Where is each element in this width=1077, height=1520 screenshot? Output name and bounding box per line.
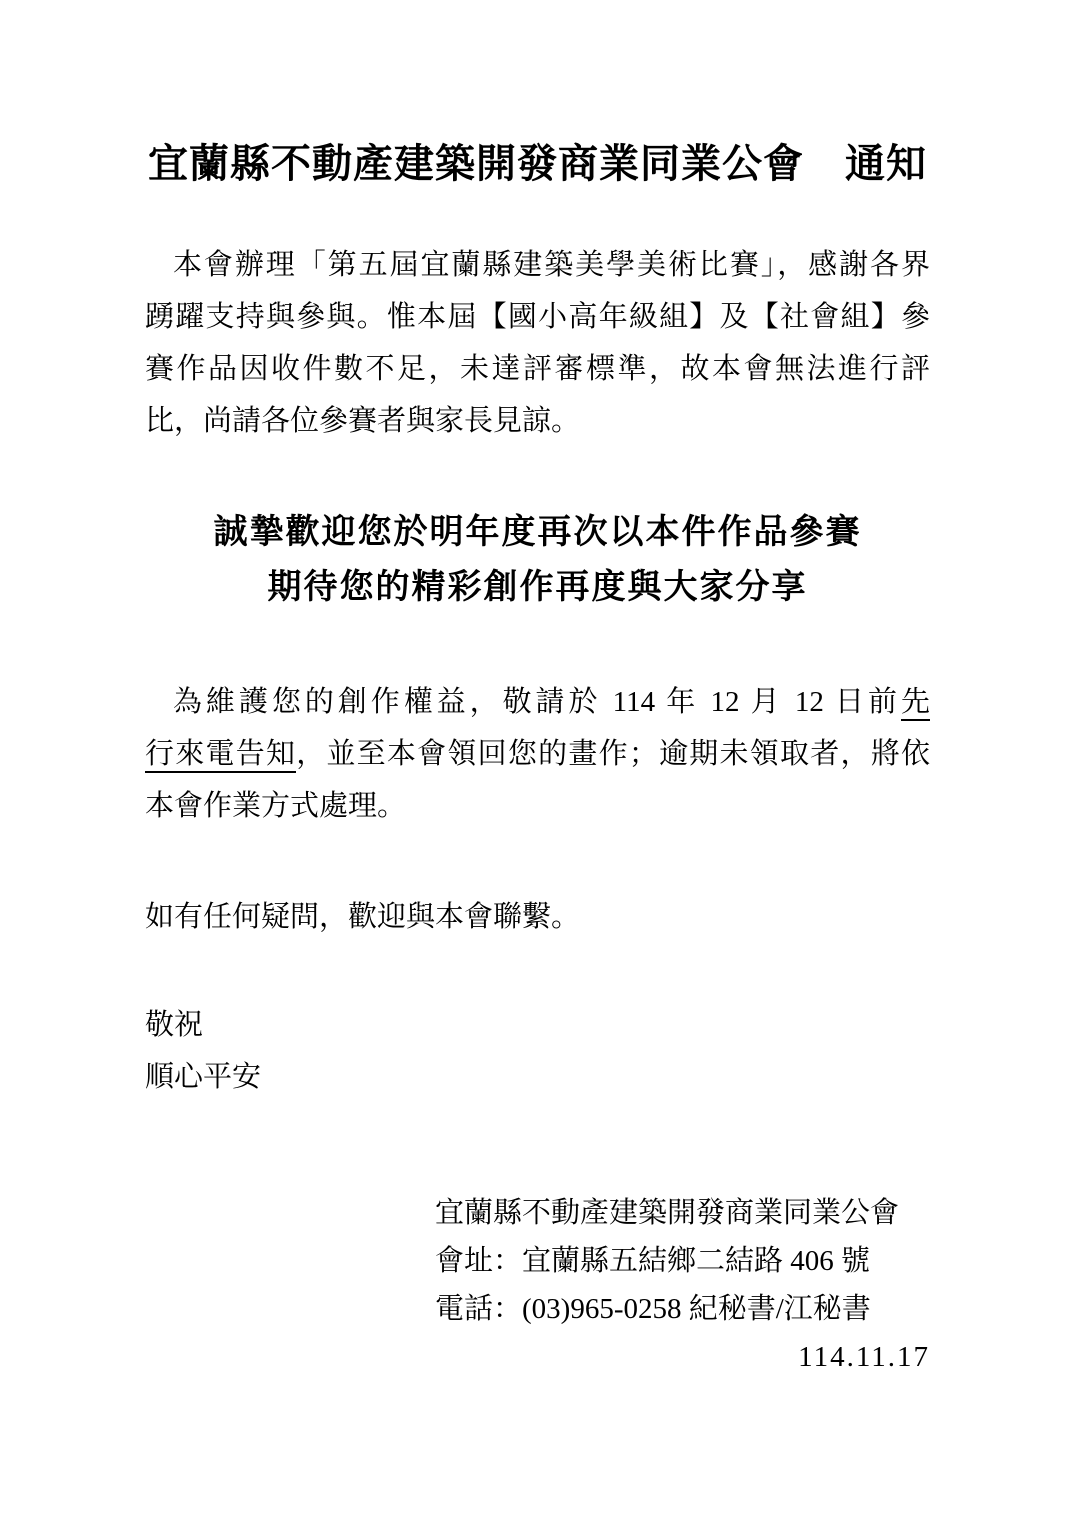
signature-org: 宜蘭縣不動產建築開發商業同業公會 bbox=[435, 1189, 930, 1237]
closing-salute: 敬祝 bbox=[145, 999, 930, 1051]
closing-block: 敬祝 順心平安 bbox=[145, 999, 930, 1103]
notice-document: 宜蘭縣不動產建築開發商業同業公會 通知 本會辦理「第五屆宜蘭縣建築美學美術比賽」… bbox=[0, 0, 1077, 1520]
underlined-phrase-part-2: 行來電告知 bbox=[145, 738, 296, 773]
signature-address: 會址：宜蘭縣五結鄉二結路 406 號 bbox=[435, 1237, 930, 1285]
pickup-line2-text: ，並至本會領回您的畫作；逾期未領取者，將依 bbox=[296, 738, 930, 770]
paragraph-pickup-line-1: 為維護您的創作權益，敬請於 114 年 12 月 12 日前先 bbox=[145, 676, 930, 728]
paragraph-intro-line-1: 本會辦理「第五屆宜蘭縣建築美學美術比賽」，感謝各界 bbox=[145, 239, 930, 291]
paragraph-pickup-notice: 為維護您的創作權益，敬請於 114 年 12 月 12 日前先 行來電告知，並至… bbox=[145, 676, 930, 832]
paragraph-pickup-line-3: 本會作業方式處理。 bbox=[145, 780, 930, 832]
paragraph-intro-line-4: 比，尚請各位參賽者與家長見諒。 bbox=[145, 395, 930, 447]
paragraph-intro-line-2: 踴躍支持與參與。惟本屆【國小高年級組】及【社會組】參 bbox=[145, 291, 930, 343]
pickup-line1-text: 為維護您的創作權益，敬請於 114 年 12 月 12 日前 bbox=[173, 686, 901, 718]
highlight-invitation: 誠摯歡迎您於明年度再次以本件作品參賽 期待您的精彩創作再度與大家分享 bbox=[145, 505, 930, 615]
page-title: 宜蘭縣不動產建築開發商業同業公會 通知 bbox=[145, 143, 930, 185]
paragraph-intro: 本會辦理「第五屆宜蘭縣建築美學美術比賽」，感謝各界 踴躍支持與參與。惟本屆【國小… bbox=[145, 239, 930, 447]
paragraph-pickup-line-2: 行來電告知，並至本會領回您的畫作；逾期未領取者，將依 bbox=[145, 728, 930, 780]
underlined-phrase-part-1: 先 bbox=[901, 686, 930, 721]
paragraph-contact-line: 如有任何疑問，歡迎與本會聯繫。 bbox=[145, 891, 930, 943]
paragraph-intro-line-3: 賽作品因收件數不足，未達評審標準，故本會無法進行評 bbox=[145, 343, 930, 395]
signature-block: 宜蘭縣不動產建築開發商業同業公會 會址：宜蘭縣五結鄉二結路 406 號 電話：(… bbox=[145, 1189, 930, 1381]
closing-blessing: 順心平安 bbox=[145, 1051, 930, 1103]
highlight-line-2: 期待您的精彩創作再度與大家分享 bbox=[145, 560, 930, 615]
signature-phone: 電話：(03)965-0258 紀秘書/江秘書 bbox=[435, 1285, 930, 1333]
paragraph-contact: 如有任何疑問，歡迎與本會聯繫。 bbox=[145, 891, 930, 943]
highlight-line-1: 誠摯歡迎您於明年度再次以本件作品參賽 bbox=[145, 505, 930, 560]
signature-date: 114.11.17 bbox=[145, 1333, 930, 1381]
